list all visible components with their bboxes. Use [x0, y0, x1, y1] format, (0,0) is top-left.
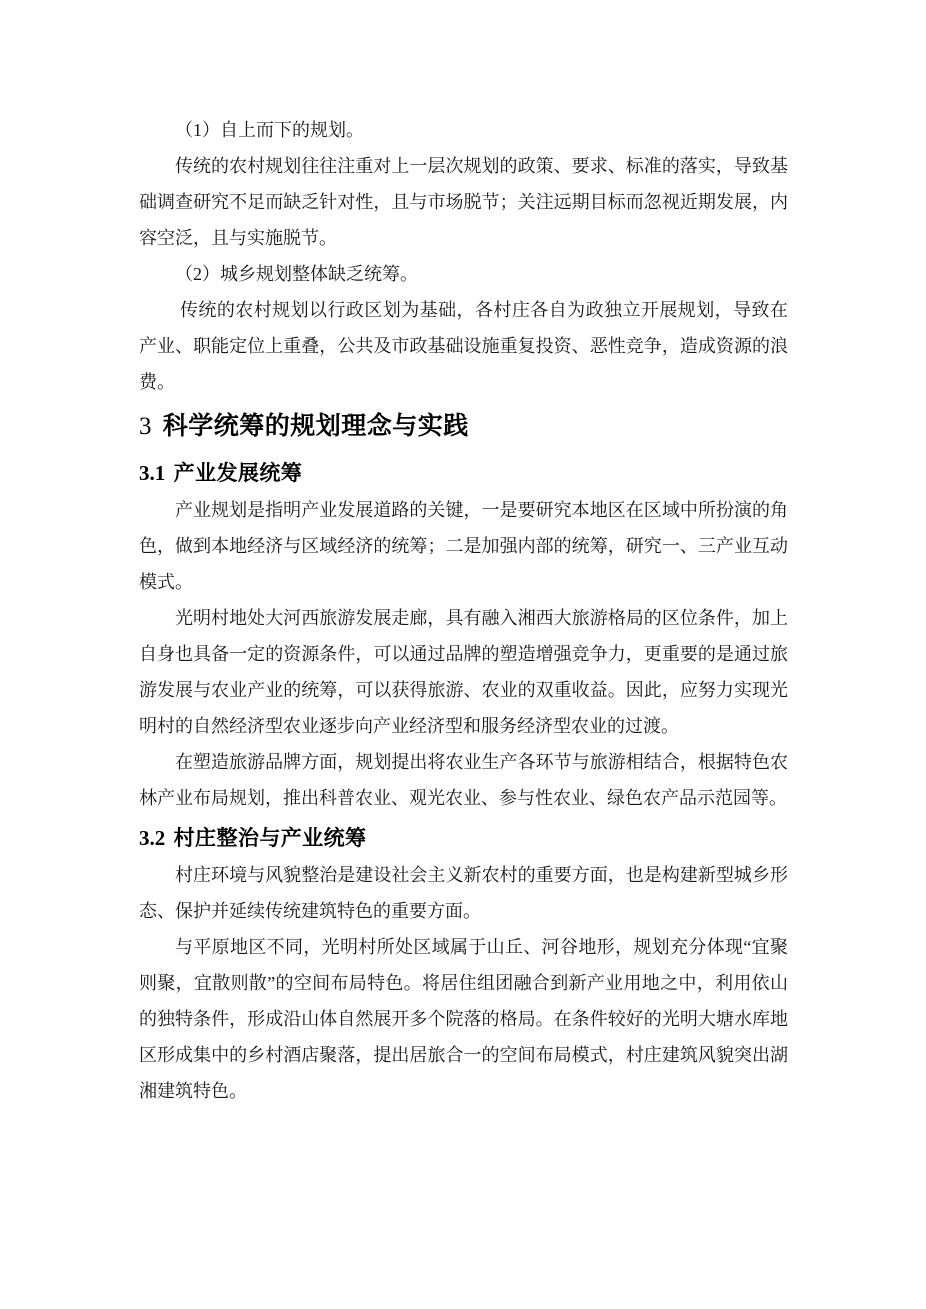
- section-title: 科学统筹的规划理念与实践: [163, 412, 469, 440]
- paragraph-industry-planning-key: 产业规划是指明产业发展道路的关键，一是要研究本地区在区域中所扮演的角色，做到本地…: [139, 492, 788, 600]
- paragraph-terrain-layout: 与平原地区不同，光明村所处区域属于山丘、河谷地形，规划充分体现“宜聚则聚，宜散则…: [139, 929, 788, 1109]
- paragraph-top-down-planning: 传统的农村规划往往注重对上一层次规划的政策、要求、标准的落实，导致基础调查研究不…: [139, 148, 788, 256]
- list-item-1: （1）自上而下的规划。: [139, 112, 788, 148]
- document-page: （1）自上而下的规划。 传统的农村规划往往注重对上一层次规划的政策、要求、标准的…: [0, 0, 926, 1309]
- page-content: （1）自上而下的规划。 传统的农村规划往往注重对上一层次规划的政策、要求、标准的…: [139, 112, 788, 1109]
- list-item-2: （2）城乡规划整体缺乏统筹。: [139, 256, 788, 292]
- subsection-title: 村庄整治与产业统筹: [174, 827, 367, 850]
- paragraph-guangming-village-tourism: 光明村地处大河西旅游发展走廊，具有融入湘西大旅游格局的区位条件，加上自身也具备一…: [139, 600, 788, 744]
- paragraph-admin-division-planning: 传统的农村规划以行政区划为基础，各村庄各自为政独立开展规划，导致在产业、职能定位…: [139, 292, 788, 400]
- subsection-number: 3.2: [139, 826, 165, 850]
- paragraph-tourism-brand: 在塑造旅游品牌方面，规划提出将农业生产各环节与旅游相结合，根据特色农林产业布局规…: [139, 744, 788, 816]
- paragraph-village-environment: 村庄环境与风貌整治是建设社会主义新农村的重要方面，也是构建新型城乡形态、保护并延…: [139, 857, 788, 929]
- section-number: 3: [139, 413, 152, 440]
- section-heading-3: 3科学统筹的规划理念与实践: [139, 406, 788, 447]
- subsection-number: 3.1: [139, 461, 165, 485]
- subsection-heading-3-1: 3.1产业发展统筹: [139, 455, 788, 492]
- subsection-title: 产业发展统筹: [174, 462, 303, 485]
- subsection-heading-3-2: 3.2村庄整治与产业统筹: [139, 820, 788, 857]
